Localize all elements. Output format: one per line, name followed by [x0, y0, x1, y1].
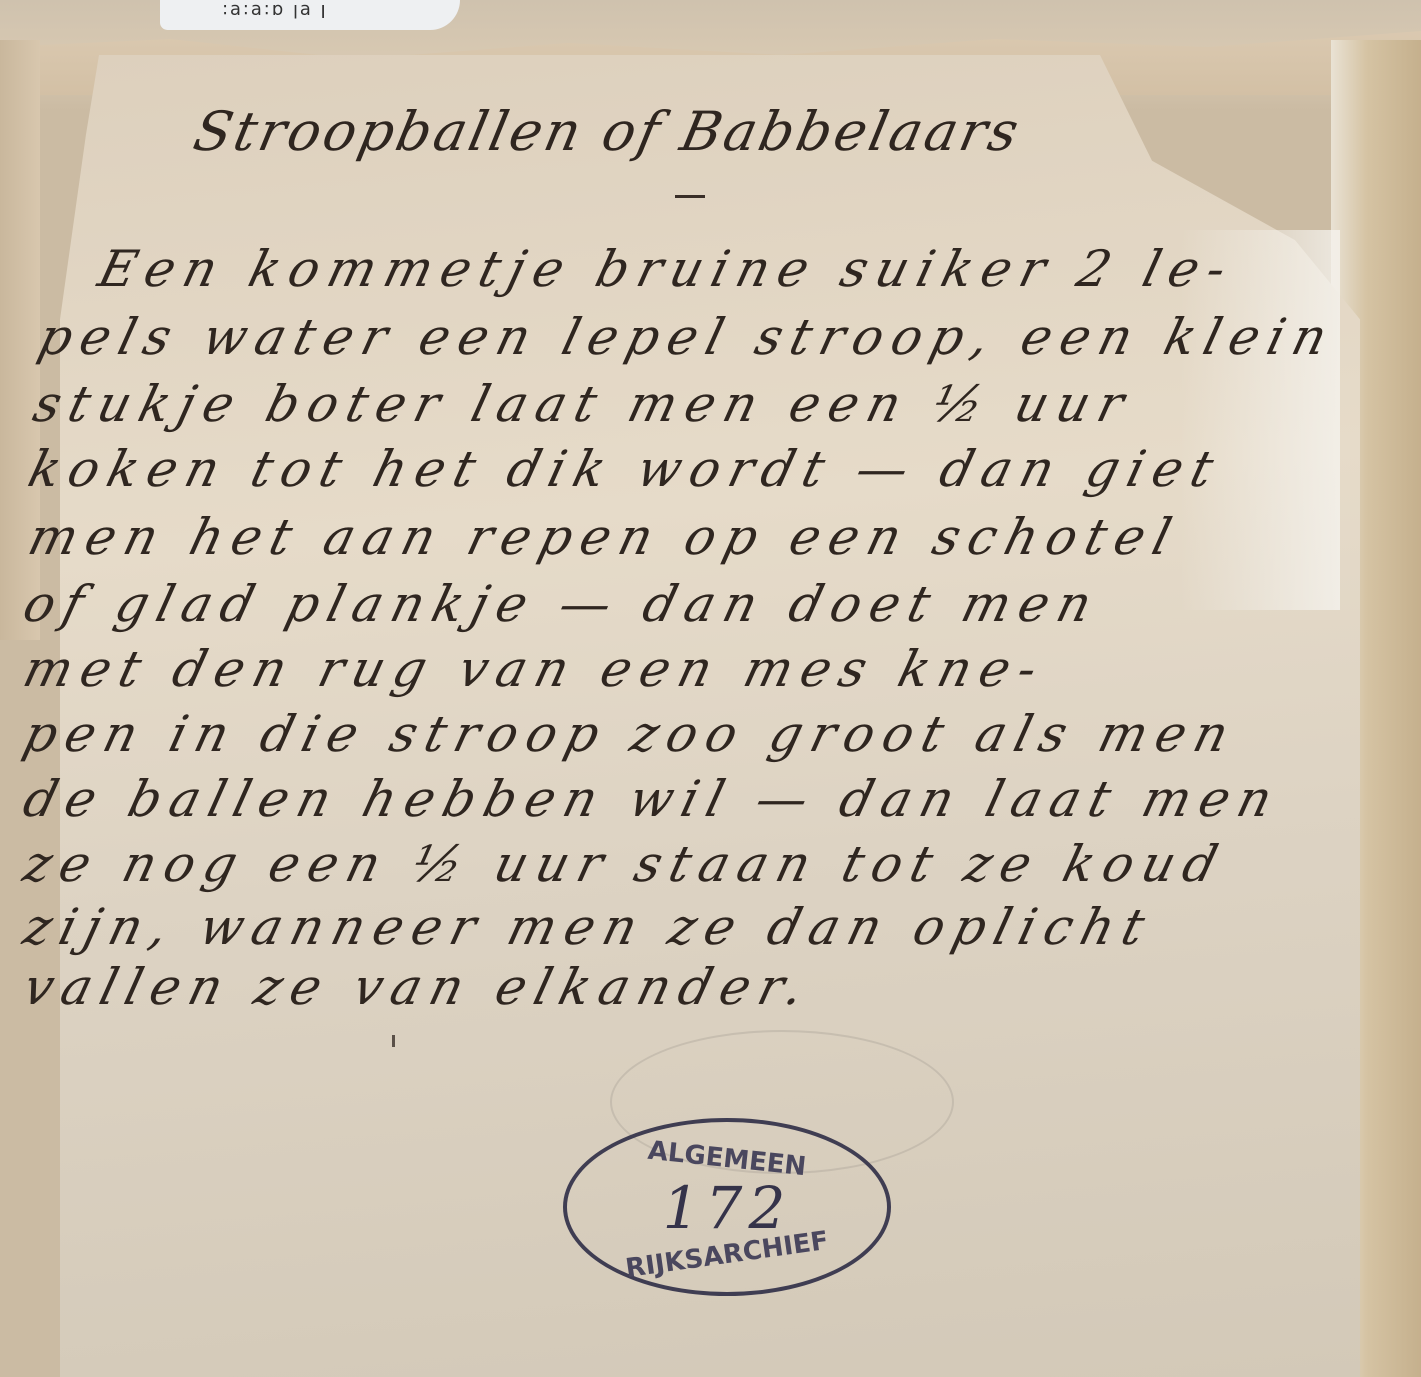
text-line-6: of glad plankje — dan doet men: [18, 575, 1107, 633]
text-line-8: pen in die stroop zoo groot als men: [18, 705, 1244, 763]
ink-mark: [392, 1035, 395, 1047]
text-line-9: de ballen hebben wil — dan laat men: [18, 770, 1287, 828]
text-line-10: ze nog een ½ uur staan tot ze koud: [18, 835, 1232, 893]
text-line-5: men het aan repen op een schotel: [23, 508, 1186, 566]
text-line-3: stukje boter laat men een ½ uur: [28, 375, 1139, 433]
paper-scrap-text: I ɐl ɑ:ɐ:ɐ:: [220, 0, 326, 21]
text-line-4: koken tot het dik wordt — dan giet: [23, 440, 1228, 498]
text-line-12: vallen ze van elkander.: [18, 958, 819, 1016]
title-underline-dash: [675, 195, 705, 198]
text-line-7: met den rug van een mes kne-: [18, 640, 1052, 698]
text-line-2: pels water een lepel stroop, een klein: [33, 308, 1342, 366]
archive-stamp: ALGEMEEN 172 RIJKSARCHIEF: [563, 1118, 891, 1296]
text-line-1: Een kommetje bruine suiker 2 le-: [93, 240, 1241, 298]
text-line-11: zijn, wanneer men ze dan oplicht: [18, 898, 1160, 956]
recipe-title: Stroopballen of Babbelaars: [188, 100, 1027, 163]
